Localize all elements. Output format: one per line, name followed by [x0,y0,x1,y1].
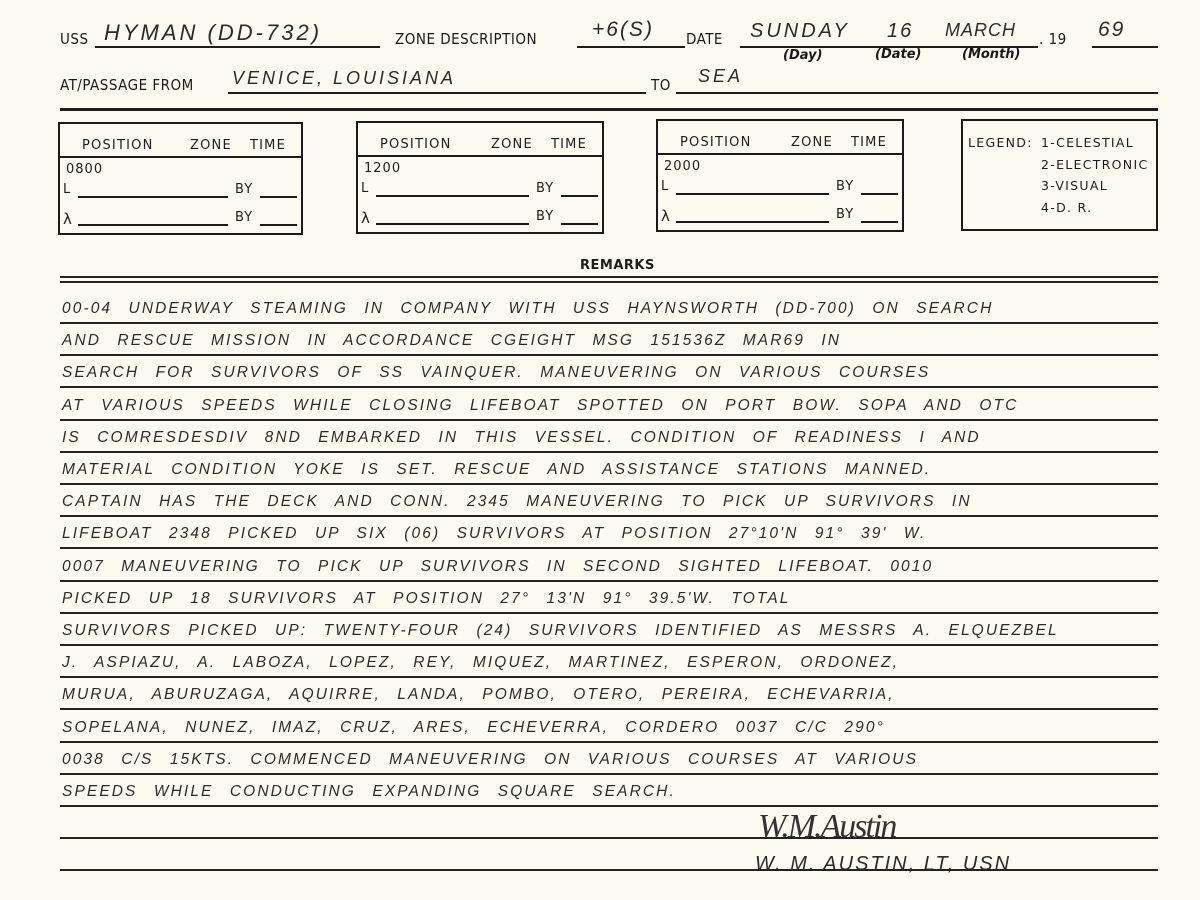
header-divider [60,108,1158,111]
longitude-by-field[interactable] [260,224,297,226]
remarks-rule [60,612,1158,614]
position-box-header: POSITION ZONE TIME [60,124,301,158]
position-label: POSITION [82,138,154,153]
remarks-line[interactable]: 0007 Maneuvering to pick up survivors in… [62,558,1162,576]
time-label: TIME [851,135,887,150]
latitude-field[interactable] [78,196,228,198]
legend-item: 1-CELESTIAL [1041,135,1134,150]
longitude-label: λ [361,209,371,227]
zone-underline [577,46,685,48]
remarks-line[interactable]: Captain has the deck and conn. 2345 Mane… [62,493,1162,511]
position-label: POSITION [680,135,752,150]
uss-label: USS [60,30,89,48]
zone-label: ZONE [791,135,833,150]
remarks-rule [60,580,1158,582]
remarks-rule [60,419,1158,421]
remarks-rule [60,451,1158,453]
longitude-by-field[interactable] [861,221,898,223]
remarks-line[interactable]: lifeboat 2348 Picked up six (06) survivo… [62,525,1162,543]
legend-label: LEGEND: [968,135,1033,150]
remarks-line[interactable]: speeds while conducting expanding square… [62,783,1162,801]
remarks-line[interactable]: and rescue mission in accordance CGEIGHT… [62,332,1162,350]
remarks-line[interactable]: material condition Yoke is set. Rescue a… [62,461,1162,479]
time-label: TIME [551,137,587,152]
from-underline [228,92,646,94]
sub-month: (Month) [962,47,1020,62]
remarks-rule [60,676,1158,678]
legend-box: LEGEND: 1-CELESTIAL 2-ELECTRONIC 3-VISUA… [961,119,1158,231]
to-underline [676,92,1158,94]
to-label: TO [651,76,671,94]
remarks-rule [60,547,1158,549]
latitude-by-field[interactable] [561,195,598,197]
passage-from-label: AT/PASSAGE FROM [60,76,194,94]
legend-item: 3-VISUAL [1041,178,1108,193]
position-time: 2000 [664,159,701,174]
position-box: POSITION ZONE TIME 1200 L BY λ BY [356,121,604,234]
longitude-field[interactable] [676,221,829,223]
position-box: POSITION ZONE TIME 2000 L BY λ BY [656,119,904,232]
remarks-rule [60,708,1158,710]
latitude-label: L [661,179,669,194]
remarks-line[interactable]: 00-04 Underway steaming in company with … [62,300,1162,318]
remarks-rule [60,644,1158,646]
position-box-header: POSITION ZONE TIME [658,121,902,155]
by-label: BY [536,181,554,196]
year-underline [1092,46,1158,48]
remarks-rule [60,483,1158,485]
zone-label: ZONE [491,137,533,152]
remarks-title: REMARKS [580,258,655,273]
legend-item: 4-D. R. [1041,200,1092,215]
year-field[interactable]: 69 [1098,18,1125,42]
month-field[interactable]: MARCH [945,20,1016,41]
remarks-rule [60,741,1158,743]
by-label: BY [235,210,253,225]
remarks-line[interactable]: survivors picked up: twenty-four (24) su… [62,622,1162,640]
by-label: BY [836,179,854,194]
ship-name-underline [95,46,380,48]
remarks-rule [60,773,1158,775]
position-label: POSITION [380,137,452,152]
date-label: DATE [686,30,723,48]
latitude-field[interactable] [676,193,829,195]
remarks-double-rule-bottom [60,281,1158,283]
longitude-label: λ [661,207,671,225]
signature: W.M.Austin [758,808,895,846]
remarks-rule [60,322,1158,324]
legend-item: 2-ELECTRONIC [1041,157,1148,172]
position-box-header: POSITION ZONE TIME [358,123,602,157]
remarks-rule [60,515,1158,517]
remarks-line[interactable]: Murua, Aburuzaga, Aquirre, Landa, Pombo,… [62,686,1162,704]
longitude-by-field[interactable] [561,223,598,225]
remarks-rule [60,386,1158,388]
position-time: 1200 [364,161,401,176]
sub-day: (Day) [783,48,823,63]
to-field[interactable]: SEA [698,66,743,87]
zone-description-label: ZONE DESCRIPTION [395,30,537,48]
sub-date: (Date) [875,47,921,62]
remarks-rule [60,354,1158,356]
remarks-line[interactable]: 0038 c/s 15kts. Commenced maneuvering on… [62,751,1162,769]
remarks-line[interactable]: search for survivors of SS Vainquer. Man… [62,364,1162,382]
position-box: POSITION ZONE TIME 0800 L BY λ BY [58,122,303,235]
zone-description-field[interactable]: +6(S) [592,18,654,42]
passage-from-field[interactable]: VENICE, LOUISIANA [232,68,456,89]
latitude-by-field[interactable] [861,193,898,195]
by-label: BY [836,207,854,222]
longitude-label: λ [63,210,73,228]
by-label: BY [235,182,253,197]
zone-label: ZONE [190,138,232,153]
by-label: BY [536,209,554,224]
remarks-line[interactable]: J. Aspiazu, A. Laboza, Lopez, Rey, Mique… [62,654,1162,672]
latitude-label: L [63,182,71,197]
latitude-field[interactable] [376,195,529,197]
latitude-label: L [361,181,369,196]
date-field[interactable]: 16 [887,20,913,43]
time-label: TIME [250,138,286,153]
latitude-by-field[interactable] [260,196,297,198]
year-prefix: . 19 [1039,30,1067,48]
longitude-field[interactable] [376,223,529,225]
remarks-rule [60,805,1158,807]
longitude-field[interactable] [78,224,228,226]
position-time: 0800 [66,162,103,177]
remarks-line[interactable]: at various speeds while closing lifeboat… [62,397,1162,415]
day-field[interactable]: SUNDAY [750,20,850,43]
remarks-rule [60,837,1158,839]
remarks-line[interactable]: is COMRESDESDIV 8ND embarked in this ves… [62,429,1162,447]
remarks-double-rule-top [60,276,1158,278]
signature-block: W. M. AUSTIN, LT, USN [755,853,1011,876]
remarks-line[interactable]: Picked up 18 survivors at position 27° 1… [62,590,1162,608]
ship-name-field[interactable]: HYMAN (DD-732) [104,20,322,46]
remarks-line[interactable]: Sopelana, Nunez, Imaz, Cruz, Ares, Echev… [62,719,1162,737]
